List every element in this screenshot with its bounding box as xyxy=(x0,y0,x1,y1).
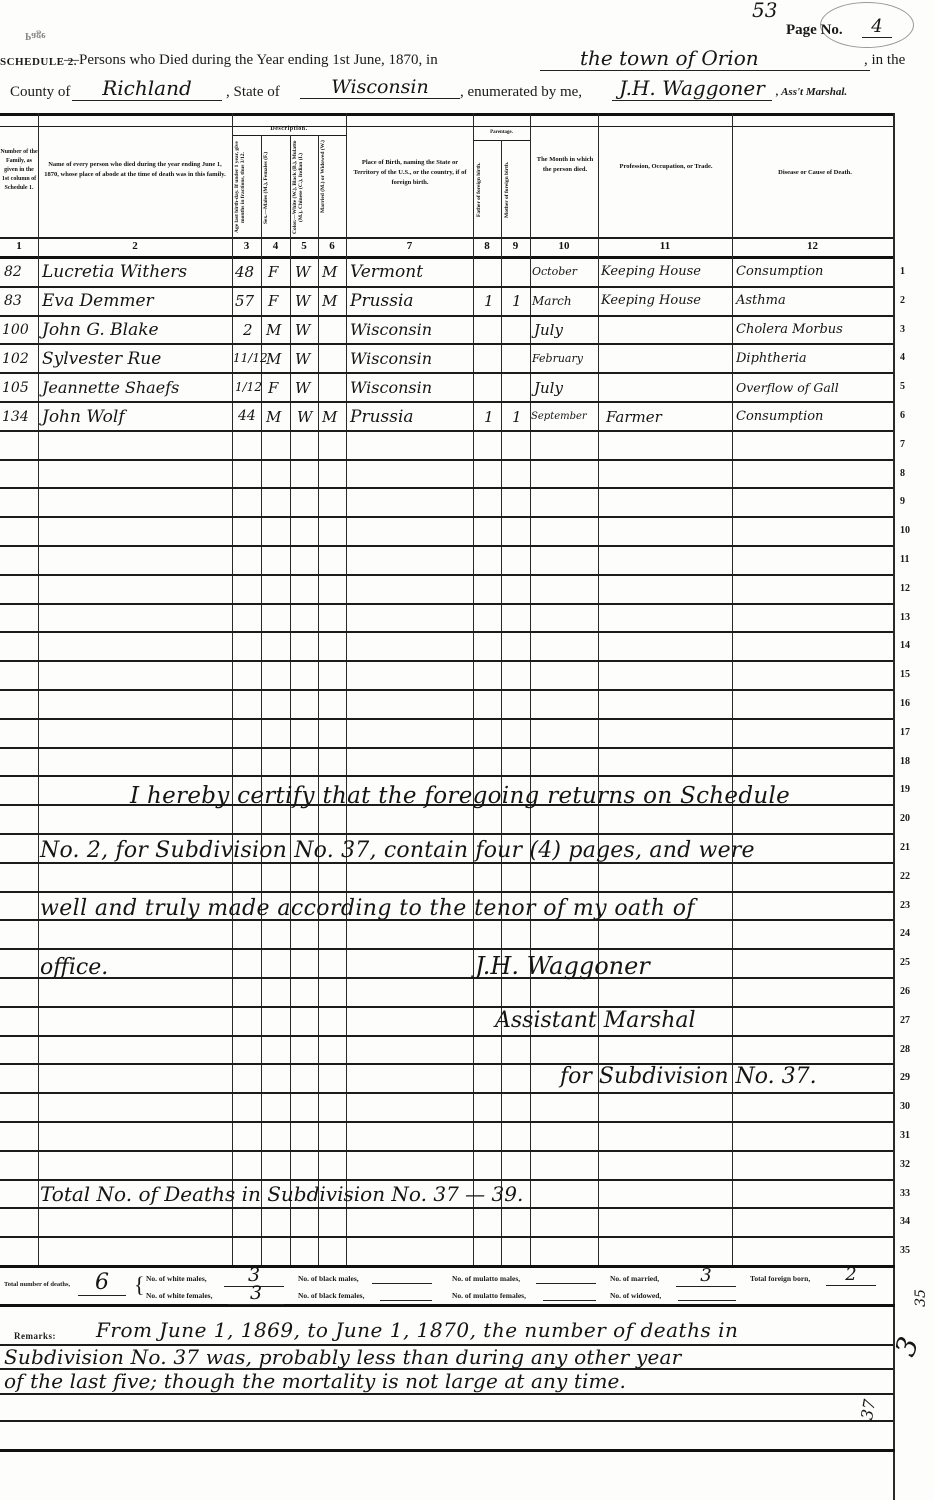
white-males-label: No. of white males, xyxy=(146,1274,207,1283)
header-family-number: Number of the Family, as given in the 1s… xyxy=(0,148,38,193)
birthplace: Wisconsin xyxy=(350,320,432,339)
header-cause: Disease or Cause of Death. xyxy=(740,168,890,178)
birthplace: Wisconsin xyxy=(350,349,432,368)
row-rule xyxy=(0,660,893,662)
row-number: 29 xyxy=(900,1072,924,1083)
color: W xyxy=(295,292,310,310)
table-row: 105 Jeannette Shaefs 1/12 F W Wisconsin … xyxy=(0,376,893,404)
schedule-title: —Persons who Died during the Year ending… xyxy=(64,52,438,69)
deceased-name: Lucretia Withers xyxy=(42,262,187,282)
row-rule xyxy=(0,1121,893,1123)
archive-number: 53 xyxy=(752,0,777,22)
colnum-3: 3 xyxy=(232,240,261,252)
row-rule xyxy=(0,603,893,605)
deceased-name: Jeannette Shaefs xyxy=(42,378,179,397)
foreign-born-value: 2 xyxy=(826,1264,876,1286)
deceased-name: John G. Blake xyxy=(42,320,159,340)
table-row: 134 John Wolf 44 M W M Prussia 1 1 Septe… xyxy=(0,405,893,433)
row-rule xyxy=(0,631,893,633)
certification-line-1: I hereby certify that the foregoing retu… xyxy=(130,783,790,809)
cause-of-death: Consumption xyxy=(736,409,823,424)
row-rule xyxy=(0,977,893,979)
black-males-value xyxy=(372,1273,432,1284)
row-number: 3 xyxy=(900,324,924,335)
foreign-born-label: Total foreign born, xyxy=(750,1274,810,1283)
sex: M xyxy=(266,321,281,339)
remarks-line-1: From June 1, 1869, to June 1, 1870, the … xyxy=(96,1318,738,1342)
header-occupation: Profession, Occupation, or Trade. xyxy=(612,162,720,172)
colnum-1: 1 xyxy=(0,240,38,252)
header-married: Married (M.) or Widowed (W.) xyxy=(320,118,346,235)
father-foreign: 1 xyxy=(484,292,494,310)
occupation: Keeping House xyxy=(601,264,701,279)
total-deaths-label: Total number of deaths, xyxy=(4,1281,70,1288)
summary-top-border xyxy=(0,1265,895,1268)
row-number: 8 xyxy=(900,468,924,479)
colnum-9: 9 xyxy=(501,240,530,252)
row-number: 1 xyxy=(900,266,924,277)
enumerator-signature: J.H. Waggoner xyxy=(475,952,650,980)
margin-note-3: 37 xyxy=(857,1398,879,1421)
table-row: 83 Eva Demmer 57 F W M Prussia 1 1 March… xyxy=(0,289,893,317)
row-rule xyxy=(0,1150,893,1152)
color: W xyxy=(295,379,310,397)
black-males-label: No. of black males, xyxy=(298,1274,359,1283)
header-sex: Sex.—Males (M.), Females (F.) xyxy=(263,140,289,235)
header-mother-foreign: Mother of foreign birth. xyxy=(504,145,528,235)
month-of-death: July xyxy=(534,379,563,397)
age: 11/12 xyxy=(233,351,268,365)
row-number: 30 xyxy=(900,1101,924,1112)
color: W xyxy=(295,263,310,281)
certification-line-2: No. 2, for Subdivision No. 37, contain f… xyxy=(40,838,755,863)
remarks-rule-4 xyxy=(0,1420,893,1422)
month-of-death: July xyxy=(534,321,563,339)
row-number: 31 xyxy=(900,1130,924,1141)
remarks-label: Remarks: xyxy=(14,1331,56,1341)
mulatto-females-label: No. of mulatto females, xyxy=(452,1291,526,1300)
birthplace: Wisconsin xyxy=(350,378,432,397)
row-number: 4 xyxy=(900,352,924,363)
family-number: 105 xyxy=(2,380,29,396)
row-number: 13 xyxy=(900,612,924,623)
row-number: 7 xyxy=(900,439,924,450)
state-label: , State of xyxy=(226,84,280,101)
row-number: 28 xyxy=(900,1044,924,1055)
row-rule xyxy=(0,1207,893,1209)
row-number: 17 xyxy=(900,727,924,738)
colnum-8: 8 xyxy=(473,240,501,252)
age: 44 xyxy=(238,408,256,424)
deceased-name: Eva Demmer xyxy=(42,291,154,311)
mother-foreign: 1 xyxy=(512,292,522,310)
row-rule xyxy=(0,689,893,691)
row-number: 2 xyxy=(900,295,924,306)
sex: F xyxy=(268,292,278,310)
month-of-death: February xyxy=(532,352,583,365)
row-number: 34 xyxy=(900,1216,924,1227)
mother-foreign: 1 xyxy=(512,408,522,426)
signature-title: Assistant Marshal xyxy=(495,1008,696,1033)
colnum-4: 4 xyxy=(261,240,290,252)
birthplace: Prussia xyxy=(350,407,414,427)
table-row: 82 Lucretia Withers 48 F W M Vermont Oct… xyxy=(0,260,893,288)
row-number: 32 xyxy=(900,1159,924,1170)
colnum-12: 12 xyxy=(732,240,893,252)
row-number: 18 xyxy=(900,756,924,767)
age: 48 xyxy=(235,263,254,281)
row-number: 14 xyxy=(900,640,924,651)
mirror-bleed-text: Page xyxy=(25,30,46,41)
remarks-rule-3 xyxy=(0,1393,893,1395)
row-number: 27 xyxy=(900,1015,924,1026)
father-foreign: 1 xyxy=(484,408,494,426)
widowed-value xyxy=(678,1290,736,1301)
total-deaths-note: Total No. of Deaths in Subdivision No. 3… xyxy=(40,1182,523,1206)
row-rule xyxy=(0,574,893,576)
married-label: No. of married, xyxy=(610,1274,659,1283)
header-parentage-group: Parentage. xyxy=(473,128,530,137)
certification-line-3: well and truly made according to the ten… xyxy=(40,896,695,921)
row-number: 26 xyxy=(900,986,924,997)
cause-of-death: Cholera Morbus xyxy=(736,322,843,337)
row-rule xyxy=(0,833,893,835)
colnum-6: 6 xyxy=(318,240,346,252)
married-value: 3 xyxy=(676,1265,736,1287)
marshal-label: , Ass't Marshal. xyxy=(776,86,847,98)
header-name: Name of every person who died during the… xyxy=(42,160,228,180)
cause-of-death: Asthma xyxy=(736,293,786,308)
sex: F xyxy=(268,379,278,397)
age: 57 xyxy=(235,292,254,310)
deceased-name: John Wolf xyxy=(42,407,125,427)
signature-subdivision: for Subdivision No. 37. xyxy=(560,1064,817,1089)
black-females-label: No. of black females, xyxy=(298,1291,364,1300)
in-the-label: , in the xyxy=(864,52,905,69)
colnum-7: 7 xyxy=(346,240,473,252)
age: 1/12 xyxy=(235,380,262,394)
birthplace: Vermont xyxy=(350,262,423,282)
mulatto-males-value xyxy=(536,1273,596,1284)
white-females-label: No. of white females, xyxy=(146,1291,212,1300)
cause-of-death: Consumption xyxy=(736,264,823,279)
row-rule xyxy=(0,459,893,461)
marital-status: M xyxy=(322,263,337,281)
cause-of-death: Diphtheria xyxy=(736,351,807,366)
summary-bottom-border xyxy=(0,1304,895,1307)
mulatto-females-value xyxy=(543,1290,596,1301)
row-number: 19 xyxy=(900,784,924,795)
town-field: the town of Orion xyxy=(540,46,870,71)
schedule-title-line: SCHEDULE 2. —Persons who Died during the… xyxy=(0,52,934,78)
colnum-2: 2 xyxy=(38,240,232,252)
margin-note-1: 35 xyxy=(913,1289,929,1307)
table-row: 100 John G. Blake 2 M W Wisconsin July C… xyxy=(0,318,893,346)
row-number: 16 xyxy=(900,698,924,709)
marital-status: M xyxy=(322,292,337,310)
row-number: 9 xyxy=(900,496,924,507)
mulatto-males-label: No. of mulatto males, xyxy=(452,1274,520,1283)
family-number: 134 xyxy=(2,409,29,425)
county-label: County of xyxy=(10,84,70,101)
county-line: County of Richland , State of Wisconsin … xyxy=(0,80,934,106)
row-number: 6 xyxy=(900,410,924,421)
row-rule xyxy=(0,747,893,749)
white-females-value: 3 xyxy=(228,1282,284,1305)
header-birthplace: Place of Birth, naming the State or Terr… xyxy=(350,158,470,188)
row-number: 10 xyxy=(900,525,924,536)
color: W xyxy=(297,408,312,426)
header-father-foreign: Father of foreign birth. xyxy=(476,145,500,235)
row-rule xyxy=(0,545,893,547)
color: W xyxy=(295,350,310,368)
row-number: 24 xyxy=(900,928,924,939)
black-females-value xyxy=(380,1290,432,1301)
remarks-bottom-border xyxy=(0,1449,895,1452)
row-number: 33 xyxy=(900,1188,924,1199)
occupation: Keeping House xyxy=(601,293,701,308)
age: 2 xyxy=(243,321,253,339)
row-number: 12 xyxy=(900,583,924,594)
row-number: 22 xyxy=(900,871,924,882)
row-rule xyxy=(0,775,893,777)
header-subline xyxy=(0,126,895,127)
colnum-bottom-border xyxy=(0,256,895,259)
row-number: 25 xyxy=(900,957,924,968)
row-rule xyxy=(0,516,893,518)
colnum-10: 10 xyxy=(530,240,598,252)
header-color: Color.—White (W.), Black (B.), Mulatto (… xyxy=(292,140,318,235)
row-number: 21 xyxy=(900,842,924,853)
month-of-death: September xyxy=(531,411,587,422)
remarks-line-3: of the last five; though the mortality i… xyxy=(4,1369,626,1393)
enumerator-field: J.H. Waggoner xyxy=(612,76,772,101)
total-deaths-value: 6 xyxy=(78,1270,126,1296)
row-rule xyxy=(0,891,893,893)
month-of-death: March xyxy=(532,294,572,308)
header-age: Age last birth-day. If under 1 year, giv… xyxy=(234,140,260,235)
row-rule xyxy=(0,1236,893,1238)
header-month: The Month in which the person died. xyxy=(536,155,594,175)
page-label: Page No. xyxy=(786,22,843,39)
cause-of-death: Overflow of Gall xyxy=(736,380,839,395)
colnum-5: 5 xyxy=(290,240,318,252)
page-number: 4 xyxy=(862,16,892,38)
month-of-death: October xyxy=(532,265,577,278)
family-number: 82 xyxy=(4,264,22,280)
row-rule xyxy=(0,718,893,720)
white-bracket: { xyxy=(134,1272,145,1298)
family-number: 100 xyxy=(2,322,29,338)
row-rule xyxy=(0,1035,893,1037)
row-number: 15 xyxy=(900,669,924,680)
row-number: 20 xyxy=(900,813,924,824)
enumerated-label: , enumerated by me, xyxy=(460,84,582,101)
marital-status: M xyxy=(322,408,337,426)
certification-line-4: office. xyxy=(40,955,108,980)
row-number: 5 xyxy=(900,381,924,392)
sex: M xyxy=(266,408,281,426)
table-top-border xyxy=(0,113,895,116)
state-field: Wisconsin xyxy=(300,76,460,99)
color: W xyxy=(295,321,310,339)
county-field: Richland xyxy=(72,76,222,101)
table-row: 102 Sylvester Rue 11/12 M W Wisconsin Fe… xyxy=(0,347,893,375)
birthplace: Prussia xyxy=(350,291,414,311)
row-number: 23 xyxy=(900,900,924,911)
row-rule xyxy=(0,1006,893,1008)
colnum-11: 11 xyxy=(598,240,732,252)
deceased-name: Sylvester Rue xyxy=(42,349,161,369)
family-number: 102 xyxy=(2,351,29,367)
widowed-label: No. of widowed, xyxy=(610,1291,661,1300)
family-number: 83 xyxy=(4,293,22,309)
sex: F xyxy=(268,263,278,281)
row-rule xyxy=(0,1179,893,1181)
table-right-border xyxy=(893,113,895,1500)
remarks-line-2: Subdivision No. 37 was, probably less th… xyxy=(4,1345,681,1369)
row-rule xyxy=(0,487,893,489)
row-rule xyxy=(0,948,893,950)
header-bottom-border xyxy=(0,237,895,239)
row-rule xyxy=(0,1092,893,1094)
row-number: 11 xyxy=(900,554,924,565)
row-number: 35 xyxy=(900,1245,924,1256)
occupation: Farmer xyxy=(606,408,662,426)
sex: M xyxy=(266,350,281,368)
